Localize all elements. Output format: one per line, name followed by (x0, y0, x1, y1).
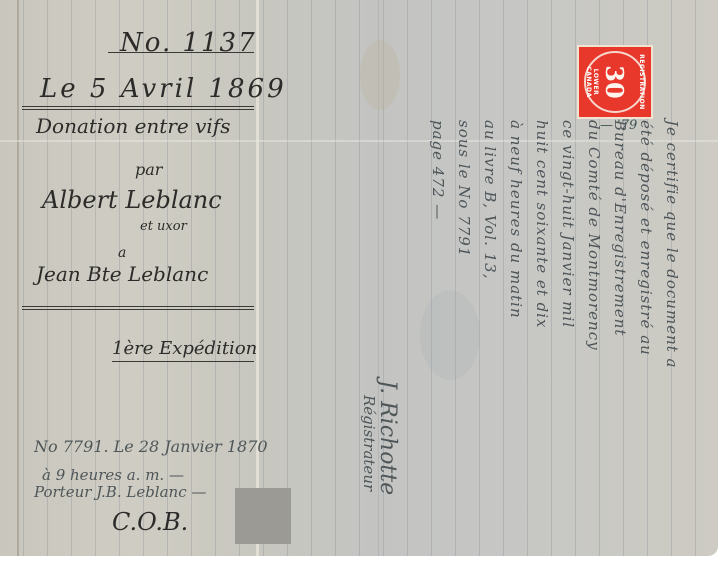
donee-name: Jean Bte Leblanc (36, 262, 208, 286)
fold-line-left (17, 0, 19, 556)
expedition-label: 1ère Expédition (112, 338, 257, 359)
date-divider (22, 106, 254, 110)
registration-line-3: Porteur J.B. Leblanc — (34, 483, 206, 501)
deed-a: a (118, 245, 126, 261)
donee-divider (22, 306, 254, 310)
deed-par: par (135, 160, 162, 179)
registration-line-2: à 9 heures a. m. — (42, 466, 184, 484)
certificate-line: sous le No 7791 (451, 120, 477, 540)
stamp-value: 30 (601, 65, 630, 98)
donor-name: Albert Leblanc (42, 186, 222, 214)
certificate-line: du Comté de Montmorency (581, 120, 607, 540)
paper-stain (360, 40, 400, 110)
grey-patch (235, 488, 291, 544)
registration-line-1: No 7791. Le 28 Janvier 1870 (34, 437, 268, 456)
certificate-line: au livre B, Vol. 13, (477, 120, 503, 540)
certificate-line: page 472 — (425, 120, 451, 540)
document-sheet: No. 1137 Le 5 Avril 1869 Donation entre … (0, 0, 718, 556)
expedition-underline (112, 361, 254, 362)
registration-initials: C.O.B. (112, 508, 188, 536)
certificate-line: ce vingt-huit Janvier mil (555, 120, 581, 540)
certificate-line: Bureau d'Enregistrement (607, 120, 633, 540)
stamp-bottom-text: LOWER CANADA (585, 53, 599, 111)
certificate-line: Je certifie que le document a (659, 120, 685, 540)
docket-number-underline (108, 52, 254, 53)
deed-title: Donation entre vifs (36, 114, 230, 138)
registrar-signature: J. Richotte (375, 380, 400, 495)
docket-number: No. 1137 (120, 28, 257, 58)
certificate-line: à neuf heures du matin (503, 120, 529, 540)
certificate-line: huit cent soixante et dix (529, 120, 555, 540)
registrar-title: Régistrateur (360, 395, 378, 491)
stamp-top-text: REGISTRATION (638, 53, 645, 111)
registration-stamp: REGISTRATION 30 LOWER CANADA (577, 45, 653, 119)
stamp-ring: REGISTRATION 30 LOWER CANADA (584, 51, 646, 113)
et-uxor: et uxor (140, 219, 187, 234)
certificate-line: été déposé et enregistré au (633, 120, 659, 540)
docket-date: Le 5 Avril 1869 (40, 74, 287, 104)
registrar-certificate: Je certifie que le document a été déposé… (415, 120, 685, 540)
